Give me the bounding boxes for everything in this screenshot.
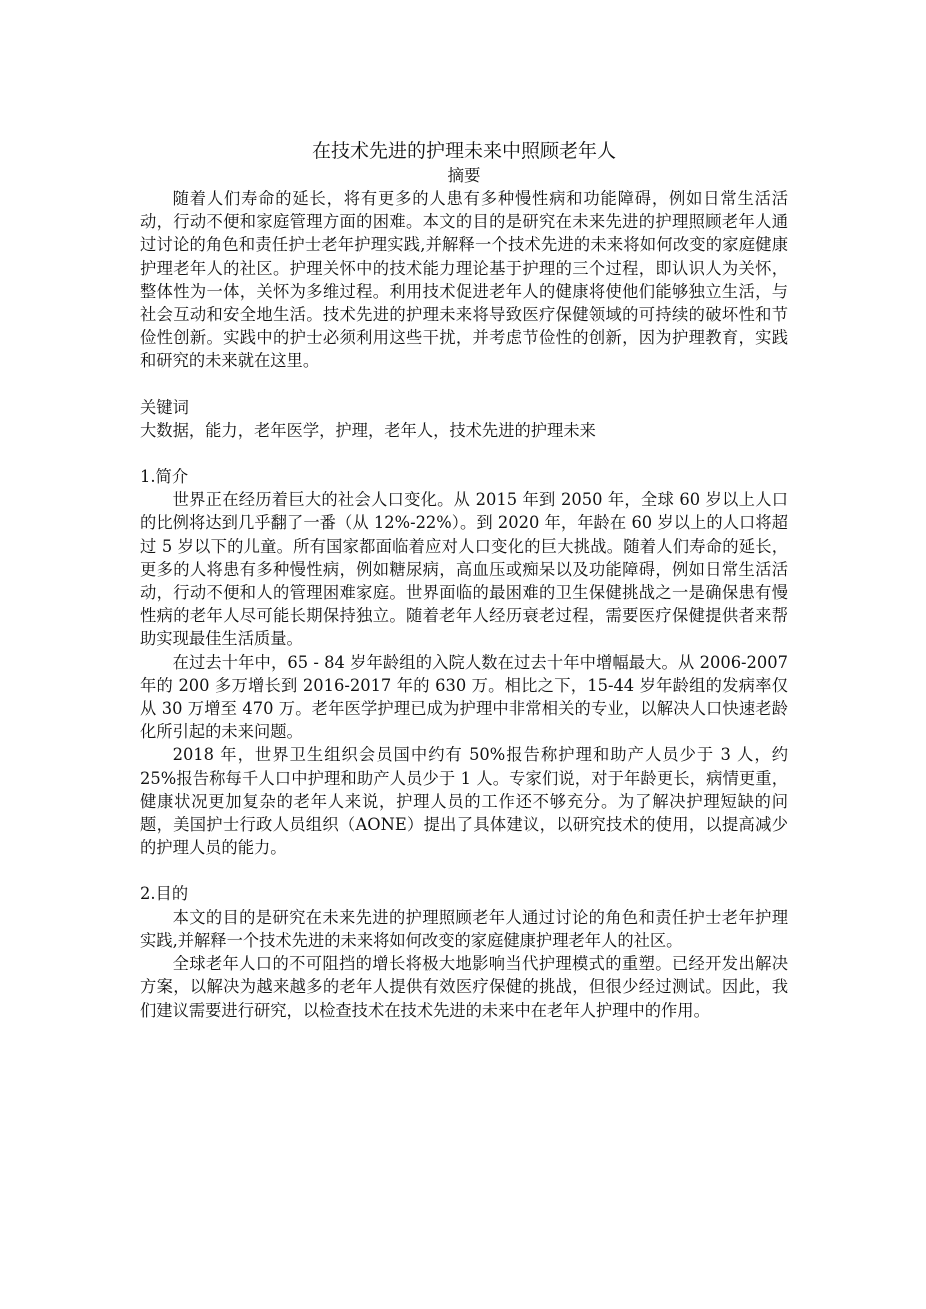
section-heading: 1.简介 [140,465,788,488]
abstract-text: 随着人们寿命的延长，将有更多的人患有多种慢性病和功能障碍，例如日常生活活动，行动… [140,187,788,373]
paragraph: 世界正在经历着巨大的社会人口变化。从 2015 年到 2050 年，全球 60 … [140,488,788,650]
paragraph: 本文的目的是研究在未来先进的护理照顾老年人通过讨论的角色和责任护士老年护理实践,… [140,906,788,952]
paragraph: 2018 年，世界卫生组织会员国中约有 50%报告称护理和助产人员少于 3 人，… [140,743,788,859]
document-page: 在技术先进的护理未来中照顾老年人 摘要 随着人们寿命的延长，将有更多的人患有多种… [140,138,788,1022]
spacer [140,373,788,396]
section-heading: 2.目的 [140,882,788,905]
abstract-heading: 摘要 [140,164,788,187]
keywords-heading: 关键词 [140,396,788,419]
section-introduction: 1.简介 世界正在经历着巨大的社会人口变化。从 2015 年到 2050 年，全… [140,465,788,859]
paragraph: 全球老年人口的不可阻挡的增长将极大地影响当代护理模式的重塑。已经开发出解决方案，… [140,952,788,1022]
spacer [140,859,788,882]
spacer [140,442,788,465]
section-purpose: 2.目的 本文的目的是研究在未来先进的护理照顾老年人通过讨论的角色和责任护士老年… [140,882,788,1021]
keywords-text: 大数据，能力，老年医学，护理，老年人，技术先进的护理未来 [140,419,788,442]
paragraph: 在过去十年中，65 - 84 岁年龄组的入院人数在过去十年中增幅最大。从 200… [140,651,788,744]
document-title: 在技术先进的护理未来中照顾老年人 [140,138,788,164]
